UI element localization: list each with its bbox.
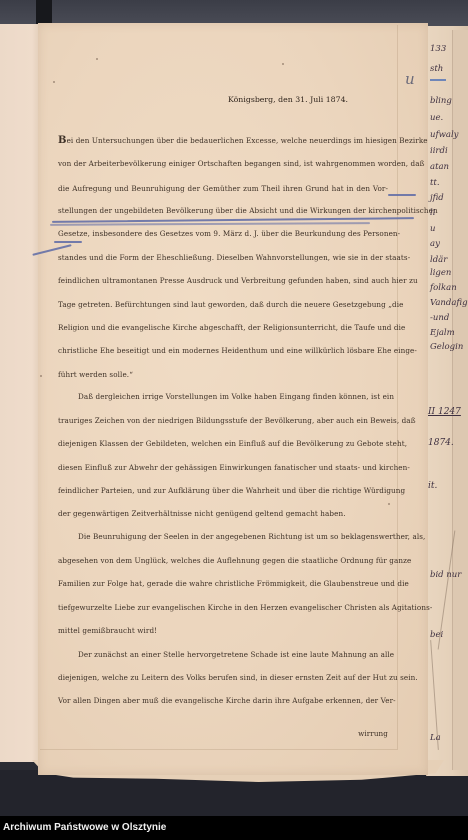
margin-fragment: u bbox=[430, 224, 435, 234]
text-line: stellungen der ungebildeten Bevölkerung … bbox=[58, 206, 388, 216]
margin-fragment: ldär bbox=[430, 255, 447, 265]
folio-number: 133 bbox=[430, 44, 446, 54]
margin-fragment: jfid bbox=[430, 193, 444, 203]
paper-speck bbox=[282, 63, 284, 65]
text-line: Vor allen Dingen aber muß die evangelisc… bbox=[58, 696, 388, 706]
paper-speck bbox=[53, 81, 55, 83]
margin-fragment: ue. bbox=[430, 113, 443, 123]
blue-mark-margin bbox=[430, 79, 446, 81]
margin-fragment: tt. bbox=[430, 178, 440, 188]
line-text: ei den Untersuchungen über die bedauerli… bbox=[67, 136, 428, 145]
folded-sheet-edge bbox=[452, 30, 468, 770]
catchword: wirrung bbox=[58, 729, 388, 739]
margin-fragment: bling bbox=[430, 96, 452, 106]
margin-fragment: ay bbox=[430, 239, 440, 249]
text-line: der gegenwärtigen Zeitverhältnisse nicht… bbox=[58, 509, 388, 519]
margin-fragment: Ejalm bbox=[430, 328, 455, 338]
paper-speck bbox=[388, 503, 390, 505]
margin-mark: it. bbox=[428, 481, 437, 491]
text-line: tiefgewurzelte Liebe zur evangelischen K… bbox=[58, 603, 388, 613]
margin-fragment: La bbox=[430, 733, 441, 743]
blue-underline-vor bbox=[388, 194, 416, 196]
margin-fragment: folkan bbox=[430, 283, 457, 293]
margin-fragment: li bbox=[430, 208, 435, 218]
margin-fragment: Vandafig bbox=[430, 298, 468, 308]
text-line: feindlichen ultramontanen Presse Ausdruc… bbox=[58, 276, 388, 286]
blue-underline-gesetze bbox=[54, 241, 82, 243]
text-line: diejenigen, welche zu Leitern des Volks … bbox=[58, 673, 388, 683]
text-line: mittel gemißbraucht wird! bbox=[58, 626, 388, 636]
place-date-line: Königsberg, den 31. Juli 1874. bbox=[228, 95, 348, 104]
text-line: diejenigen Klassen der Gebildeten, welch… bbox=[58, 439, 388, 449]
text-line: Familien zur Folge hat, gerade die wahre… bbox=[58, 579, 388, 589]
text-line: die Aufregung und Beunruhigung der Gemüt… bbox=[58, 184, 388, 194]
margin-fragment: ufwaly bbox=[430, 130, 458, 140]
paper-speck bbox=[96, 58, 98, 60]
margin-fragment: iirdi bbox=[430, 146, 448, 156]
text-line: standes und die Form der Eheschließung. … bbox=[58, 253, 388, 263]
margin-fragment: bid nur bbox=[430, 570, 461, 580]
text-line: diesen Einfluß zur Abwehr der gehässigen… bbox=[58, 463, 388, 473]
text-line: trauriges Zeichen von der niedrigen Bild… bbox=[58, 416, 388, 426]
margin-year: 1874. bbox=[428, 438, 454, 448]
paper-speck bbox=[40, 375, 42, 377]
text-line: von der Arbeiterbevölkerung einiger Orts… bbox=[58, 159, 388, 169]
margin-fragment: sth bbox=[430, 64, 443, 74]
margin-fragment: bei bbox=[430, 630, 443, 640]
text-line: abgesehen von dem Unglück, welches die A… bbox=[58, 556, 388, 566]
left-facing-page bbox=[0, 24, 41, 762]
text-line: Tage getreten. Befürchtungen sind laut g… bbox=[58, 300, 388, 310]
margin-fragment: atan bbox=[430, 162, 449, 172]
margin-reference-number: II 1247 bbox=[428, 407, 461, 417]
text-line: Gesetze, insbesondere des Gesetzes vom 9… bbox=[58, 229, 388, 239]
text-line: Die Beunruhigung der Seelen in der angeg… bbox=[58, 532, 388, 542]
margin-fragment: ligen bbox=[430, 268, 451, 278]
text-line: Der zunächst an einer Stelle hervorgetre… bbox=[58, 650, 388, 660]
archive-caption: Archiwum Państwowe w Olsztynie bbox=[0, 816, 468, 840]
text-line: Bei den Untersuchungen über die bedauerl… bbox=[58, 136, 388, 146]
text-line: führt werden solle.“ bbox=[58, 370, 388, 380]
text-line: Religion und die evangelische Kirche abg… bbox=[58, 323, 388, 333]
text-line: christliche Ehe beseitigt und ein modern… bbox=[58, 346, 388, 356]
document-page: u Königsberg, den 31. Juli 1874. Bei den… bbox=[38, 23, 428, 775]
pencil-mark: u bbox=[405, 70, 415, 88]
text-line: feindlicher Parteien, und zur Aufklärung… bbox=[58, 486, 388, 496]
page-inner-frame bbox=[40, 25, 398, 750]
text-line: Daß dergleichen irrige Vorstellungen im … bbox=[58, 392, 388, 402]
margin-fragment: Gelogin bbox=[430, 342, 463, 352]
initial-capital: B bbox=[58, 135, 67, 146]
margin-fragment: -und bbox=[430, 313, 449, 323]
